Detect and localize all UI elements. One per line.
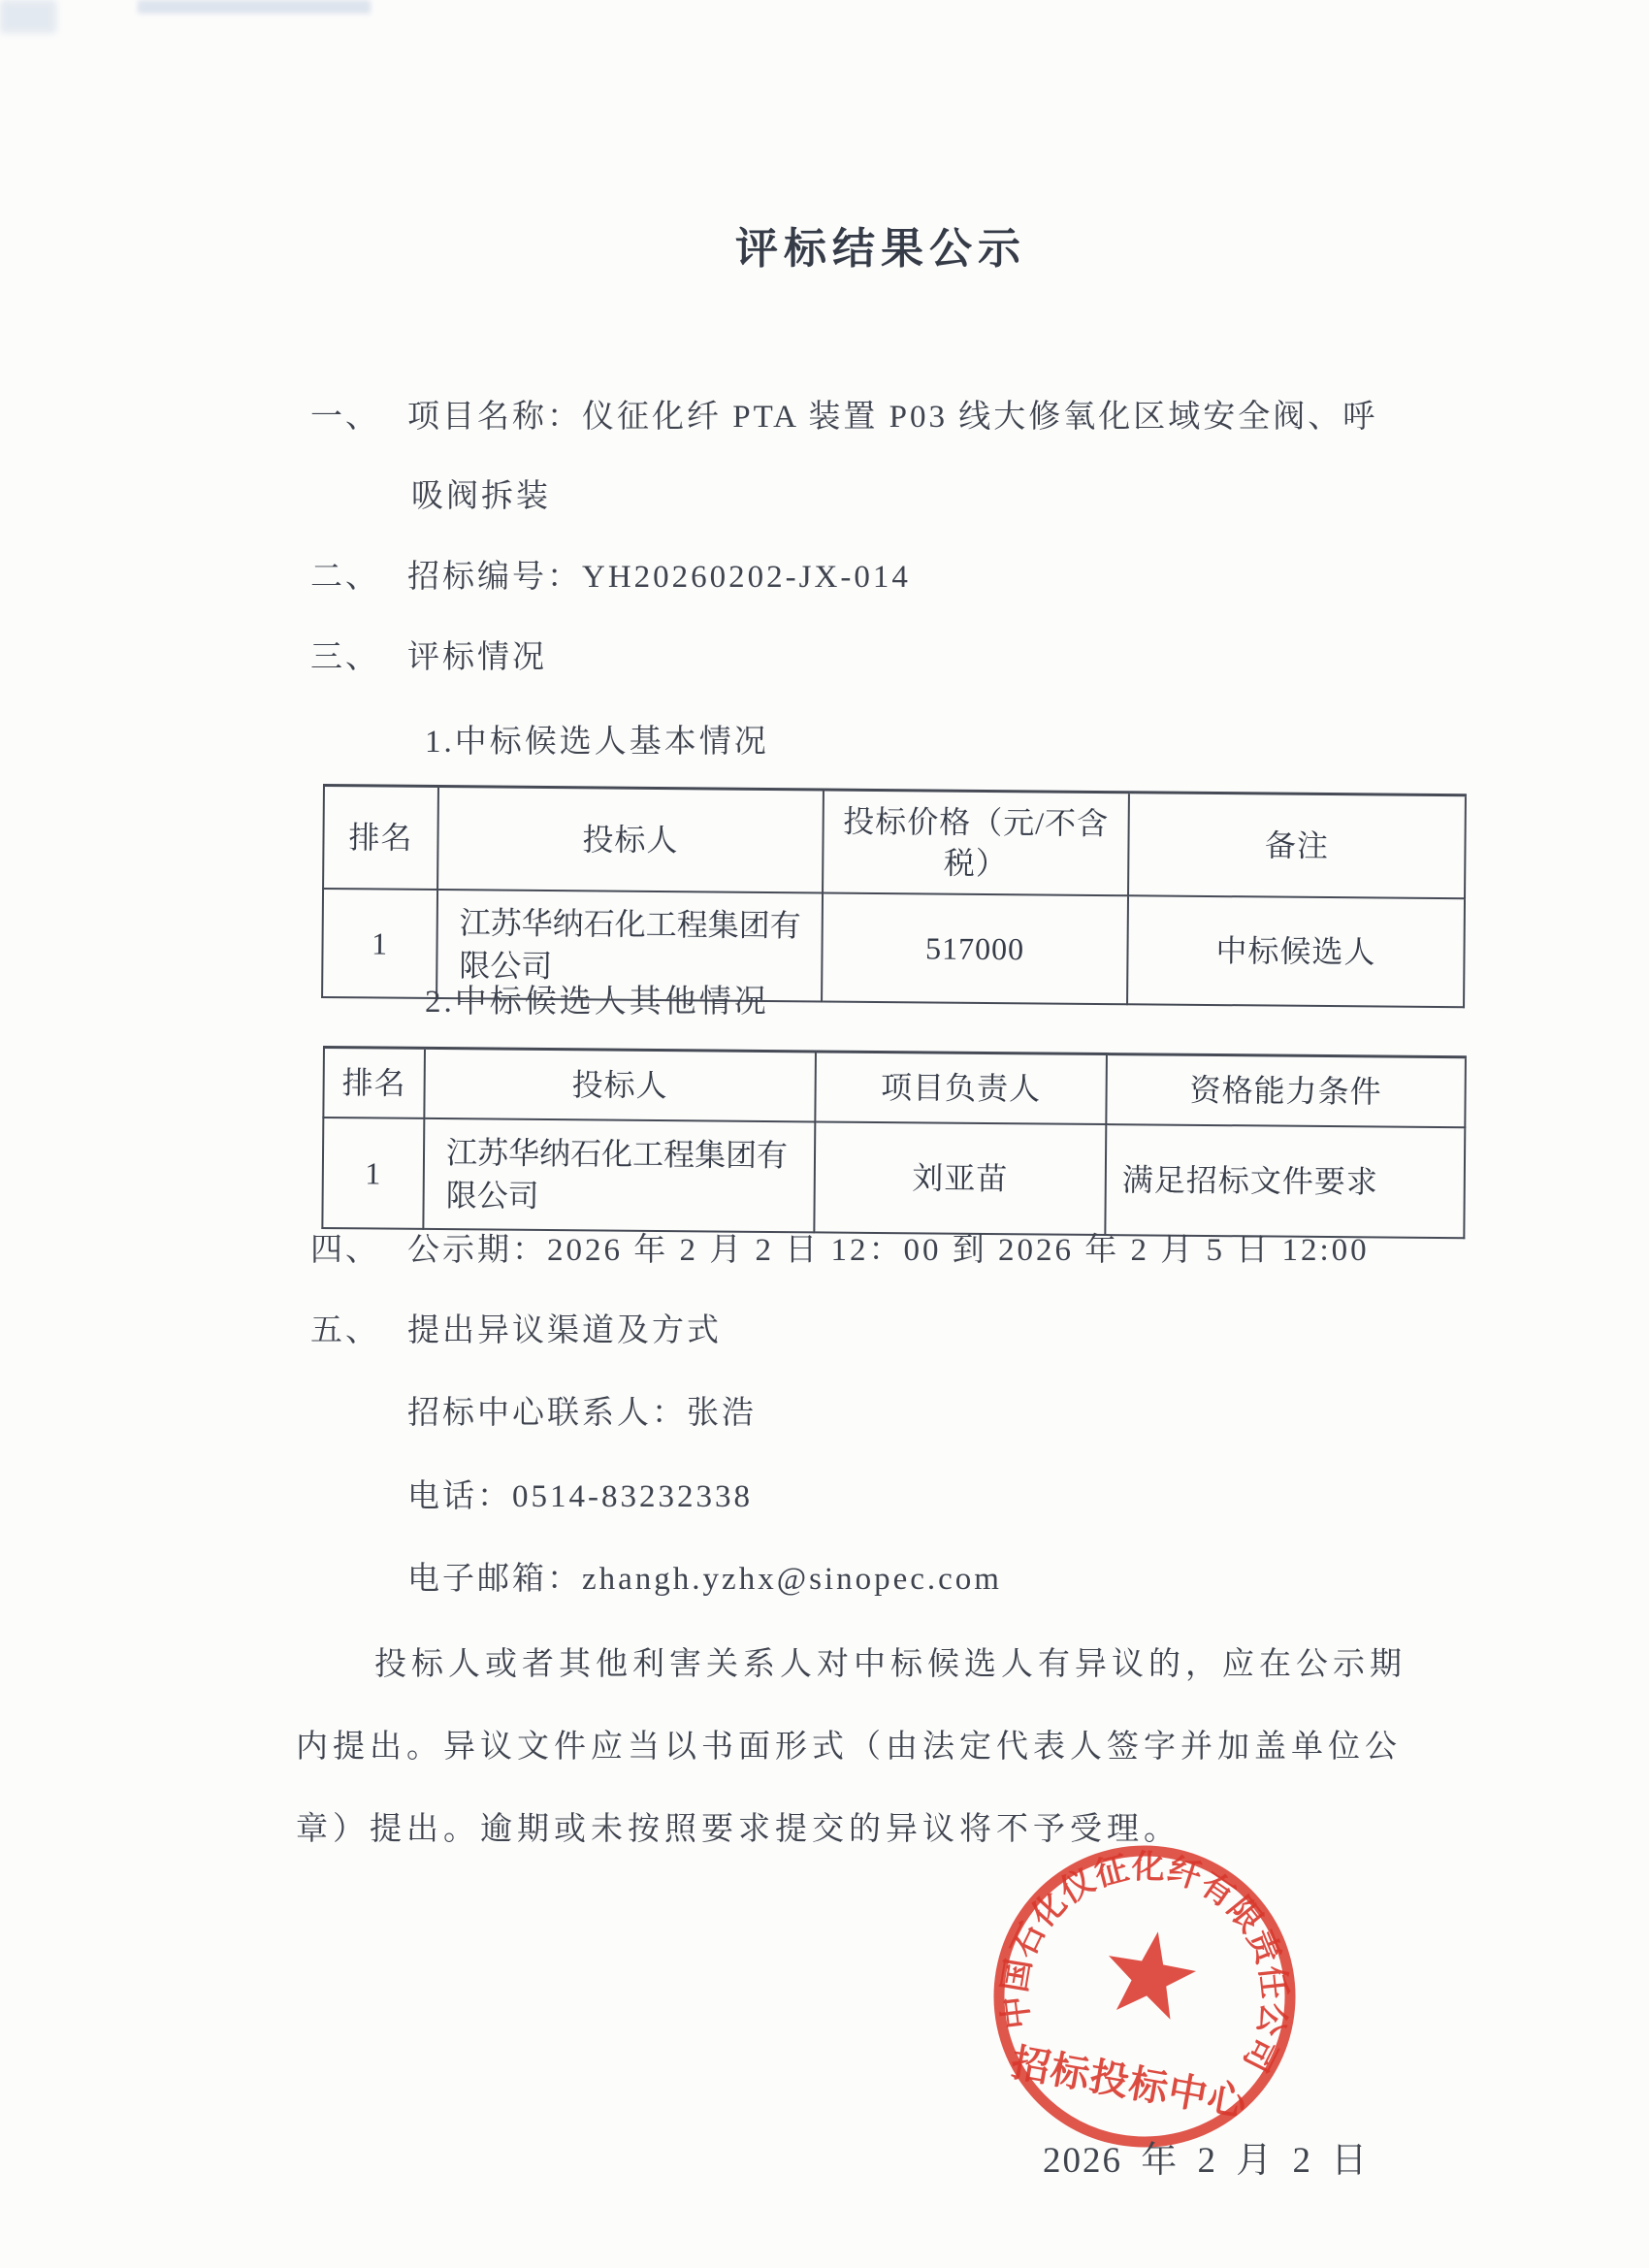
contact-phone-line: 电话：0514-83232338	[407, 1474, 753, 1519]
list-item-1-text: 项目名称：仪征化纤 PTA 装置 P03 线大修氧化区域安全阀、呼	[407, 400, 1377, 435]
header-cell-note: 备注	[1128, 793, 1466, 899]
page-title: 评标结果公示	[735, 213, 1026, 275]
list-number-2: 二、	[310, 555, 407, 599]
cell-note: 中标候选人	[1127, 895, 1465, 1007]
table-header-row: 排名 投标人 项目负责人 资格能力条件	[323, 1048, 1466, 1128]
list-item-2-text: 招标编号：YH20260202-JX-014	[407, 560, 911, 595]
cell-rank: 1	[322, 1118, 424, 1229]
list-item-3-text: 评标情况	[407, 640, 547, 675]
list-number-1: 一、	[310, 395, 407, 439]
list-item-1-line-2: 吸阀拆装	[411, 474, 551, 519]
header-cell-bidder: 投标人	[437, 787, 824, 893]
header-cell-rank: 排名	[323, 786, 438, 891]
header-cell-bidder: 投标人	[424, 1048, 816, 1121]
list-item-3: 三、评标情况	[310, 635, 547, 680]
objection-paragraph-line-2: 内提出。异议文件应当以书面形式（由法定代表人签字并加盖单位公	[296, 1725, 1402, 1769]
header-cell-leader: 项目负责人	[815, 1052, 1107, 1124]
scan-smudge	[0, 0, 56, 33]
table-row: 1 江苏华纳石化工程集团有限公司 刘亚苗 满足招标文件要求	[322, 1118, 1465, 1238]
list-item-5-text: 提出异议渠道及方式	[407, 1313, 722, 1348]
sub-heading-2: 2.中标候选人其他情况	[425, 980, 769, 1024]
contact-person-line: 招标中心联系人：张浩	[407, 1391, 757, 1436]
table-header-row: 排名 投标人 投标价格（元/不含税） 备注	[323, 786, 1466, 899]
list-number-5: 五、	[310, 1309, 407, 1353]
document-date: 2026 年 2 月 2 日	[1043, 2130, 1369, 2183]
list-number-3: 三、	[310, 635, 407, 680]
contact-email-line: 电子邮箱：zhangh.yzhx@sinopec.com	[407, 1557, 1002, 1602]
cell-leader: 刘亚苗	[814, 1121, 1106, 1235]
list-item-5: 五、提出异议渠道及方式	[310, 1309, 722, 1353]
candidate-basic-info-table: 排名 投标人 投标价格（元/不含税） 备注 1 江苏华纳石化工程集团有限公司 5…	[321, 784, 1467, 1008]
header-cell-price: 投标价格（元/不含税）	[823, 790, 1129, 895]
sub-heading-1: 1.中标候选人基本情况	[425, 720, 769, 764]
candidate-other-info-table: 排名 投标人 项目负责人 资格能力条件 1 江苏华纳石化工程集团有限公司 刘亚苗…	[321, 1046, 1467, 1239]
list-item-2: 二、招标编号：YH20260202-JX-014	[310, 555, 911, 599]
cell-rank: 1	[322, 889, 437, 998]
list-number-4: 四、	[310, 1228, 407, 1273]
cell-bidder: 江苏华纳石化工程集团有限公司	[423, 1118, 815, 1233]
list-item-4: 四、公示期：2026 年 2 月 2 日 12：00 到 2026 年 2 月 …	[310, 1228, 1370, 1273]
header-cell-qualification: 资格能力条件	[1106, 1054, 1466, 1128]
cell-qualification: 满足招标文件要求	[1105, 1124, 1465, 1238]
list-item-1-line-1: 一、项目名称：仪征化纤 PTA 装置 P03 线大修氧化区域安全阀、呼	[310, 395, 1377, 439]
scan-smudge	[138, 0, 371, 14]
star-icon	[1100, 1924, 1202, 2022]
header-cell-rank: 排名	[323, 1048, 425, 1118]
document-page: 评标结果公示 一、项目名称：仪征化纤 PTA 装置 P03 线大修氧化区域安全阀…	[0, 0, 1649, 2268]
objection-paragraph-line-1: 投标人或者其他利害关系人对中标候选人有异议的，应在公示期	[374, 1642, 1406, 1687]
cell-price: 517000	[822, 892, 1128, 1004]
seal-center-text: 招标投标中心	[1008, 2041, 1251, 2125]
list-item-4-text: 公示期：2026 年 2 月 2 日 12：00 到 2026 年 2 月 5 …	[407, 1233, 1370, 1268]
